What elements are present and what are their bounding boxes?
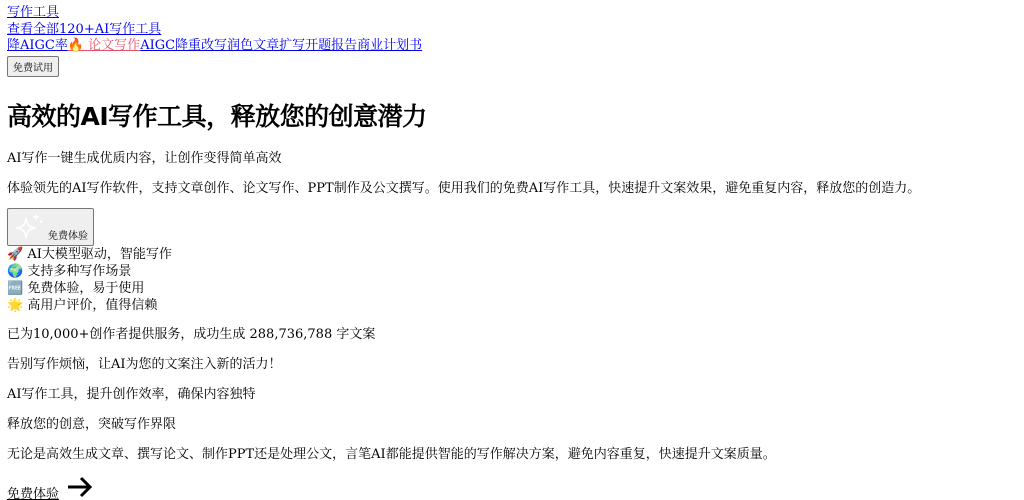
stats-text: 已为10,000+创作者提供服务，成功生成 288,736,788 字文案: [7, 327, 1017, 343]
tagline-4: 无论是高效生成文章、撰写论文、制作PPT还是处理公文，言笔AI都能提供智能的写作…: [7, 447, 1017, 463]
top-nav: 写作工具 查看全部120+AI写作工具 降AIGC率🔥 论文写作AIGC降重改写…: [7, 0, 1017, 77]
rocket-icon: 🚀: [7, 247, 23, 262]
arrow-right-icon[interactable]: [65, 475, 95, 499]
free-experience-label: 免费体验: [48, 227, 88, 242]
globe-icon: 🌍: [7, 264, 23, 279]
nav-view-all-link[interactable]: 查看全部120+AI写作工具: [7, 22, 161, 37]
feature-item: 🚀 AI大模型驱动，智能写作: [7, 246, 1017, 263]
tagline-2: AI写作工具，提升创作效率，确保内容独特: [7, 387, 1017, 403]
tagline-3: 释放您的创意，突破写作界限: [7, 417, 1017, 433]
free-badge-icon: 🆓: [7, 281, 23, 296]
hero-description: 体验领先的AI写作软件，支持文章创作、论文写作、PPT制作及公文撰写。使用我们的…: [7, 181, 1017, 197]
category-link-aigc-dedupe[interactable]: AIGC降重: [140, 38, 201, 53]
hero-subtitle: AI写作一键生成优质内容，让创作变得简单高效: [7, 151, 1017, 167]
tagline-1: 告别写作烦恼，让AI为您的文案注入新的活力！: [7, 357, 1017, 373]
star-icon: 🌟: [7, 298, 23, 313]
feature-list: 🚀 AI大模型驱动，智能写作 🌍 支持多种写作场景 🆓 免费体验，易于使用 🌟 …: [7, 246, 1017, 314]
category-link-expand[interactable]: 文章扩写: [253, 38, 305, 53]
category-links: 降AIGC率🔥 论文写作AIGC降重改写润色文章扩写开题报告商业计划书: [7, 38, 1017, 55]
feature-item: 🌍 支持多种写作场景: [7, 263, 1017, 280]
category-link-reduce-aigc[interactable]: 降AIGC率: [7, 38, 68, 53]
feature-item: 🆓 免费体验，易于使用: [7, 280, 1017, 297]
category-link-proposal[interactable]: 开题报告: [305, 38, 357, 53]
category-link-rewrite[interactable]: 改写: [201, 38, 227, 53]
sparkle-icon: [12, 212, 46, 242]
category-link-thesis[interactable]: 🔥 论文写作: [68, 38, 140, 53]
feature-item: 🌟 高用户评价，值得信赖: [7, 297, 1017, 314]
nav-writing-tools-link[interactable]: 写作工具: [7, 5, 59, 20]
category-link-business-plan[interactable]: 商业计划书: [357, 38, 422, 53]
free-trial-button[interactable]: 免费试用: [7, 56, 59, 77]
more-link-row: 免费体验: [7, 483, 1017, 500]
page-title: 高效的AI写作工具，释放您的创意潜力: [7, 97, 1017, 133]
category-link-polish[interactable]: 润色: [227, 38, 253, 53]
free-experience-button[interactable]: 免费体验: [7, 208, 94, 246]
free-experience-link[interactable]: 免费体验: [7, 487, 59, 500]
